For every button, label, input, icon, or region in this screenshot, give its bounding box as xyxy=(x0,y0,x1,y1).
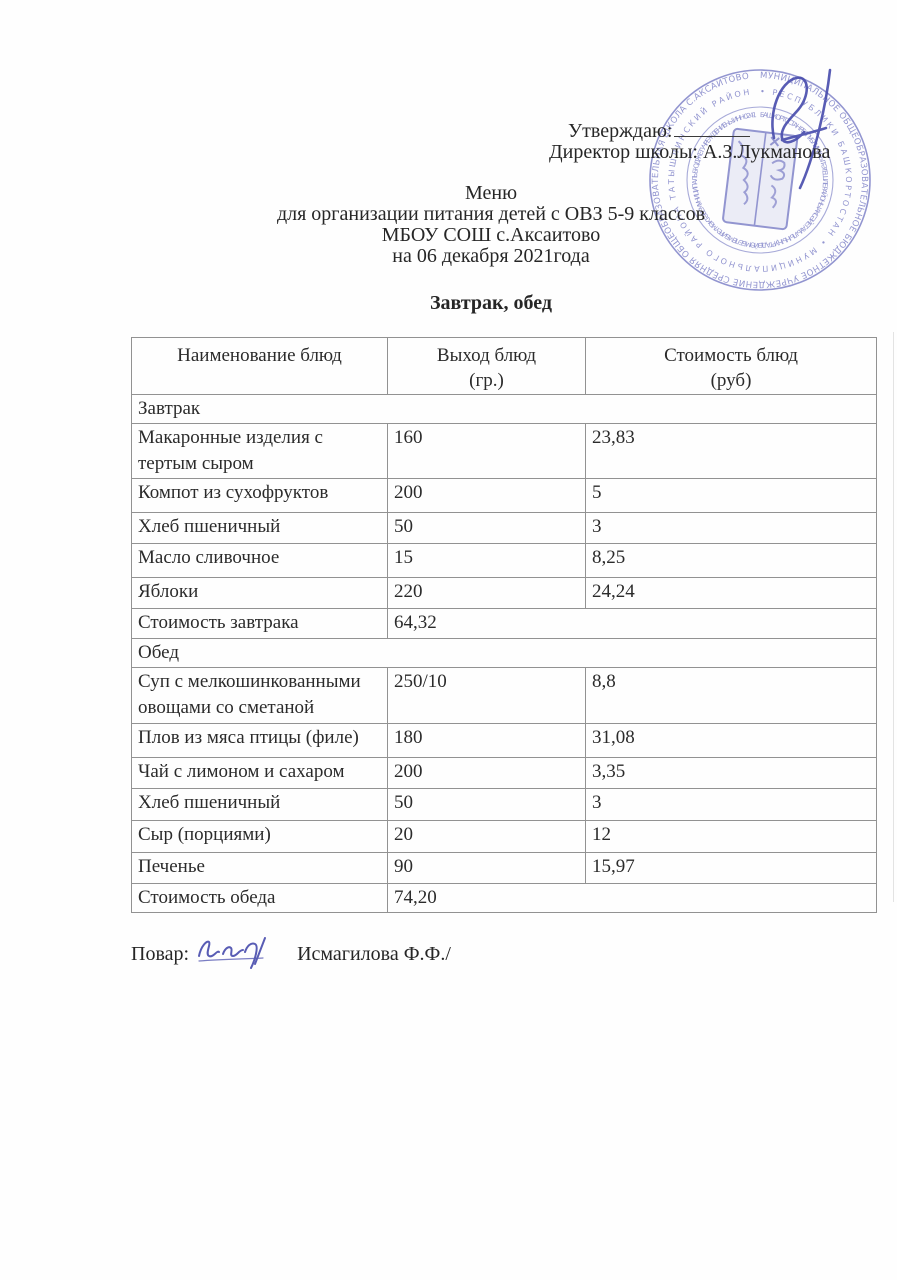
price-cell: 3 xyxy=(586,513,877,544)
table-row: Масло сливочное 15 8,25 xyxy=(132,544,877,578)
col-header-output: Выход блюд(гр.) xyxy=(388,338,586,395)
dish-cell: Печенье xyxy=(132,853,388,884)
table-row: Хлеб пшеничный 50 3 xyxy=(132,513,877,544)
dish-cell: Плов из мяса птицы (филе) xyxy=(132,724,388,758)
table-row: Макаронные изделия с тертым сыром 160 23… xyxy=(132,424,877,479)
approval-line: Утверждаю: xyxy=(568,118,750,143)
price-cell: 24,24 xyxy=(586,578,877,609)
output-cell: 200 xyxy=(388,479,586,513)
section-row-lunch: Обед xyxy=(132,639,877,668)
price-cell: 5 xyxy=(586,479,877,513)
cook-signature-line: Повар: Исмагилова Ф.Ф./ xyxy=(131,930,451,970)
document-title: Меню для организации питания детей с ОВЗ… xyxy=(85,183,897,267)
dish-cell: Чай с лимоном и сахаром xyxy=(132,758,388,789)
director-line: Директор школы: А.З.Лукманова xyxy=(549,141,830,164)
dish-cell: Макаронные изделия с тертым сыром xyxy=(132,424,388,479)
approval-label: Утверждаю: xyxy=(568,120,672,142)
signature-underline xyxy=(674,118,750,137)
title-line-4: на 06 декабря 2021года xyxy=(85,246,897,267)
price-cell: 3 xyxy=(586,789,877,821)
table-row: Яблоки 220 24,24 xyxy=(132,578,877,609)
section-title: Завтрак xyxy=(132,395,877,424)
price-cell: 8,8 xyxy=(586,668,877,724)
title-line-3: МБОУ СОШ с.Аксаитово xyxy=(85,225,897,246)
dish-cell: Хлеб пшеничный xyxy=(132,513,388,544)
output-cell: 250/10 xyxy=(388,668,586,724)
table-row: Суп с мелкошинкованными овощами со смета… xyxy=(132,668,877,724)
table-header-row: Наименование блюд Выход блюд(гр.) Стоимо… xyxy=(132,338,877,395)
table-row: Плов из мяса птицы (филе) 180 31,08 xyxy=(132,724,877,758)
output-cell: 180 xyxy=(388,724,586,758)
dish-cell: Яблоки xyxy=(132,578,388,609)
breakfast-total-label: Стоимость завтрака xyxy=(132,609,388,639)
price-cell: 15,97 xyxy=(586,853,877,884)
output-cell: 15 xyxy=(388,544,586,578)
output-cell: 90 xyxy=(388,853,586,884)
table-row: Печенье 90 15,97 xyxy=(132,853,877,884)
table-row: Сыр (порциями) 20 12 xyxy=(132,821,877,853)
breakfast-total-row: Стоимость завтрака 64,32 xyxy=(132,609,877,639)
dish-cell: Хлеб пшеничный xyxy=(132,789,388,821)
output-cell: 50 xyxy=(388,789,586,821)
output-cell: 200 xyxy=(388,758,586,789)
title-line-1: Меню xyxy=(85,183,897,204)
price-cell: 8,25 xyxy=(586,544,877,578)
title-line-2: для организации питания детей с ОВЗ 5-9 … xyxy=(85,204,897,225)
section-row-breakfast: Завтрак xyxy=(132,395,877,424)
breakfast-total-value: 64,32 xyxy=(388,609,877,639)
lunch-total-value: 74,20 xyxy=(388,884,877,913)
cook-name: Исмагилова Ф.Ф./ xyxy=(297,943,451,965)
price-cell: 31,08 xyxy=(586,724,877,758)
output-cell: 20 xyxy=(388,821,586,853)
col-header-price: Стоимость блюд(руб) xyxy=(586,338,877,395)
price-cell: 3,35 xyxy=(586,758,877,789)
cook-label: Повар: xyxy=(131,943,189,965)
dish-cell: Компот из сухофруктов xyxy=(132,479,388,513)
meals-subtitle: Завтрак, обед xyxy=(85,292,897,315)
dish-cell: Масло сливочное xyxy=(132,544,388,578)
output-cell: 220 xyxy=(388,578,586,609)
cook-signature xyxy=(193,930,293,970)
menu-table: Наименование блюд Выход блюд(гр.) Стоимо… xyxy=(131,337,877,913)
price-cell: 12 xyxy=(586,821,877,853)
col-header-dish: Наименование блюд xyxy=(132,338,388,395)
scan-edge-artifact xyxy=(893,332,894,902)
price-cell: 23,83 xyxy=(586,424,877,479)
table-row: Компот из сухофруктов 200 5 xyxy=(132,479,877,513)
table-row: Чай с лимоном и сахаром 200 3,35 xyxy=(132,758,877,789)
table-row: Хлеб пшеничный 50 3 xyxy=(132,789,877,821)
output-cell: 50 xyxy=(388,513,586,544)
scanned-menu-document: МУНИЦИПАЛЬНОЕ ОБЩЕОБРАЗОВАТЕЛЬНОЕ БЮДЖЕТ… xyxy=(0,0,897,1280)
lunch-total-label: Стоимость обеда xyxy=(132,884,388,913)
section-title: Обед xyxy=(132,639,877,668)
dish-cell: Суп с мелкошинкованными овощами со смета… xyxy=(132,668,388,724)
lunch-total-row: Стоимость обеда 74,20 xyxy=(132,884,877,913)
dish-cell: Сыр (порциями) xyxy=(132,821,388,853)
output-cell: 160 xyxy=(388,424,586,479)
